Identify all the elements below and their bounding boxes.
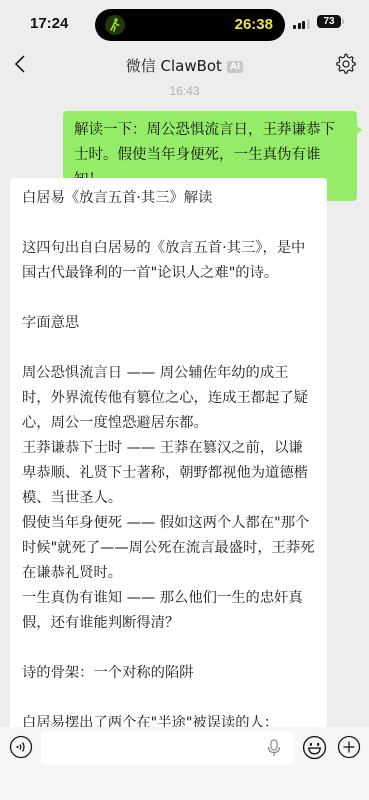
microphone-icon	[266, 739, 282, 757]
gear-icon	[335, 53, 357, 75]
signal-icon	[293, 19, 311, 29]
bot-message-bubble[interactable]: 白居易《放言五首·其三》解读 这四句出自白居易的《放言五首·其三》，是中国古代最…	[10, 178, 327, 738]
message-timestamp: 16:43	[0, 84, 369, 98]
status-time: 17:24	[30, 15, 68, 32]
chat-title: 微信 ClawBotAI	[0, 55, 369, 76]
microphone-button[interactable]	[266, 739, 282, 757]
message-input[interactable]	[41, 731, 294, 765]
more-button[interactable]	[337, 735, 361, 759]
poem-line-explanation: 假使当年身便死 —— 假如这两个人都在"那个时候"就死了——周公死在流言最盛时，…	[22, 511, 317, 586]
plus-circle-icon	[337, 735, 361, 759]
emoji-icon	[302, 735, 327, 760]
settings-button[interactable]	[335, 53, 357, 75]
input-bar	[0, 727, 369, 800]
dynamic-island[interactable]: 26:38	[95, 9, 285, 41]
voice-mode-button[interactable]	[9, 735, 33, 759]
voice-mode-icon	[9, 735, 33, 759]
section-heading-literal: 字面意思	[22, 311, 317, 336]
hiking-icon	[105, 15, 125, 35]
section-heading-structure: 诗的骨架：一个对称的陷阱	[22, 661, 317, 686]
battery-icon: 73	[317, 15, 341, 28]
chat-title-text: 微信 ClawBot	[126, 57, 222, 75]
poem-line-explanation: 一生真伪有谁知 —— 那么他们一生的忠奸真假，还有谁能判断得清？	[22, 586, 317, 636]
activity-timer: 26:38	[235, 16, 273, 33]
battery-nub	[342, 19, 344, 24]
emoji-button[interactable]	[302, 735, 327, 760]
status-bar: 17:24 26:38 73	[0, 0, 369, 44]
nav-bar: 微信 ClawBotAI	[0, 44, 369, 84]
bot-title: 白居易《放言五首·其三》解读	[22, 186, 317, 211]
bot-intro: 这四句出自白居易的《放言五首·其三》，是中国古代最锋利的一首"论识人之难"的诗。	[22, 236, 317, 286]
ai-badge: AI	[227, 61, 243, 73]
poem-line-explanation: 王莽谦恭下士时 —— 王莽在篡汉之前，以谦卑恭顺、礼贤下士著称，朝野都视他为道德…	[22, 436, 317, 511]
poem-line-explanation: 周公恐惧流言日 —— 周公辅佐年幼的成王时，外界流传他有篡位之心，连成王都起了疑…	[22, 361, 317, 436]
